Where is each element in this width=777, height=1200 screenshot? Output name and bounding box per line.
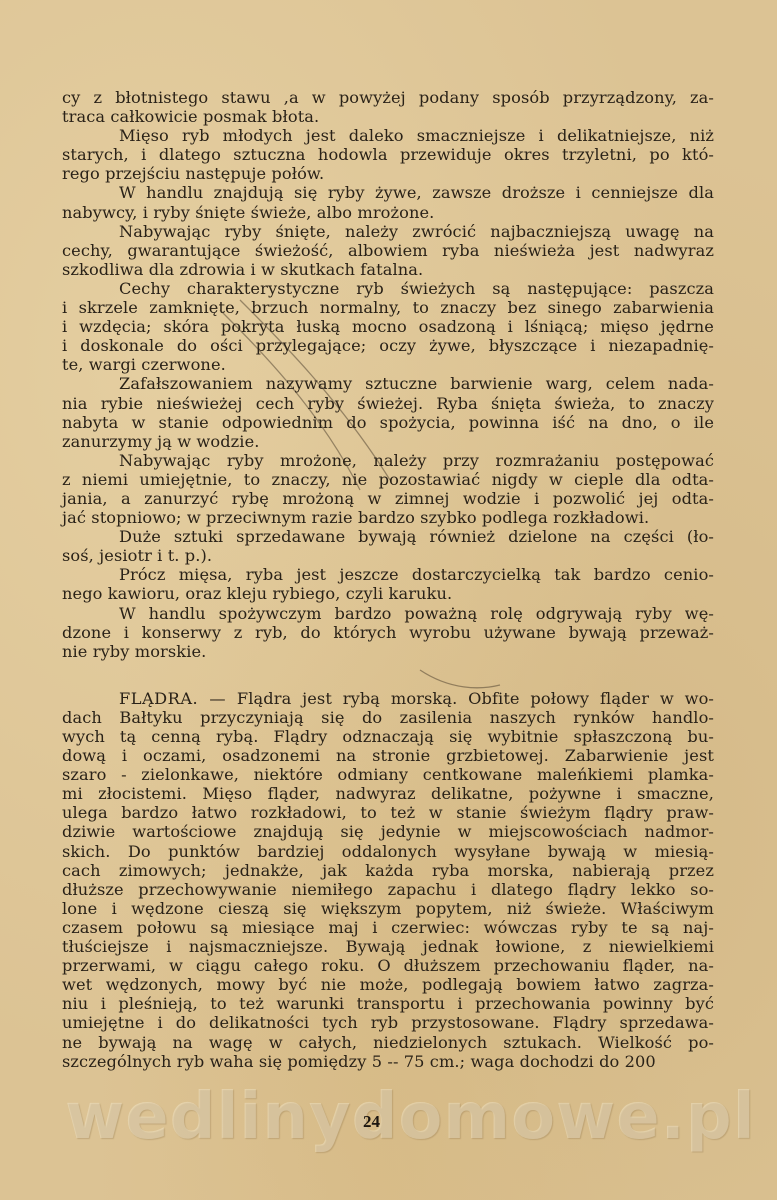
text-line: rego przejściu następuje połów.: [62, 164, 714, 183]
text-line: wet wędzonych, mowy być nie może, podleg…: [62, 975, 714, 994]
text-line: lone i wędzone cieszą się większym popyt…: [62, 899, 714, 918]
text-line: i wzdęcia; skóra pokryta łuską mocno osa…: [62, 317, 714, 336]
text-line: dzone i konserwy z ryb, do których wyrob…: [62, 623, 714, 642]
text-line: i skrzele zamknięte, brzuch normalny, to…: [62, 298, 714, 317]
text-line: niu i pleśnieją, to też warunki transpor…: [62, 994, 714, 1013]
text-line: starych, i dlatego sztuczna hodowla prze…: [62, 145, 714, 164]
text-line: cach zimowych; jednakże, jak każda ryba …: [62, 861, 714, 880]
page-number: 24: [363, 1112, 380, 1132]
text-line: tłuściejsze i najsmaczniejsze. Bywają je…: [62, 937, 714, 956]
text-line: dach Bałtyku przyczyniają się do zasilen…: [62, 708, 714, 727]
text-line: jania, a zanurzyć rybę mrożoną w zimnej …: [62, 489, 714, 508]
text-line: szkodliwa dla zdrowia i w skutkach fatal…: [62, 260, 714, 279]
paragraph: cy z błotnistego stawu ,a w powyżej poda…: [62, 88, 714, 126]
text-line: te, wargi czerwone.: [62, 355, 714, 374]
text-line: nie ryby morskie.: [62, 642, 714, 661]
text-line: W handlu spożywczym bardzo poważną rolę …: [62, 604, 714, 623]
text-line: czasem połowu są miesiące maj i czerwiec…: [62, 918, 714, 937]
text-line: nabyta w stanie odpowiednim do spożycia,…: [62, 413, 714, 432]
text-line: FLĄDRA. — Flądra jest rybą morską. Obfit…: [62, 689, 714, 708]
text-line: dłuższe przechowywanie niemiłego zapachu…: [62, 880, 714, 899]
text-line: cy z błotnistego stawu ,a w powyżej poda…: [62, 88, 714, 107]
text-line: mi złocistemi. Mięso fląder, nadwyraz de…: [62, 784, 714, 803]
paragraph: Nabywając ryby śnięte, należy zwrócić na…: [62, 222, 714, 279]
paragraph: Mięso ryb młodych jest daleko smaczniejs…: [62, 126, 714, 183]
section-heading: FLĄDRA. —: [119, 689, 226, 708]
section-flader: FLĄDRA. — Flądra jest rybą morską. Obfit…: [62, 689, 714, 1071]
text-line: zanurzymy ją w wodzie.: [62, 432, 714, 451]
text-line: nia rybie nieświeżej cech ryby świeżej. …: [62, 394, 714, 413]
text-line: Nabywając ryby śnięte, należy zwrócić na…: [62, 222, 714, 241]
text-line: szczególnych ryb waha się pomiędzy 5 -- …: [62, 1052, 714, 1071]
text-line: W handlu znajdują się ryby żywe, zawsze …: [62, 183, 714, 202]
paragraph: Cechy charakterystyczne ryb świeżych są …: [62, 279, 714, 374]
text-line: dową i oczami, osadzonemi na stronie grz…: [62, 746, 714, 765]
paragraph: Nabywając ryby mrożone, należy przy rozm…: [62, 451, 714, 527]
text-line: i doskonale do ości przylegające; oczy ż…: [62, 336, 714, 355]
text-line: Mięso ryb młodych jest daleko smaczniejs…: [62, 126, 714, 145]
paragraph: Zafałszowaniem nazywamy sztuczne barwien…: [62, 374, 714, 450]
text-line: dziwie wartościowe znajdują się jedynie …: [62, 822, 714, 841]
text-line: Duże sztuki sprzedawane bywają również d…: [62, 527, 714, 546]
paragraph: Duże sztuki sprzedawane bywają również d…: [62, 527, 714, 565]
paragraph: Prócz mięsa, ryba jest jeszcze dostarczy…: [62, 565, 714, 603]
text-line: umiejętne i do delikatności tych ryb prz…: [62, 1013, 714, 1032]
text-line: soś, jesiotr i t. p.).: [62, 546, 714, 565]
text-line: nabywcy, i ryby śnięte świeże, albo mroż…: [62, 203, 714, 222]
text-line: Cechy charakterystyczne ryb świeżych są …: [62, 279, 714, 298]
text-line: Zafałszowaniem nazywamy sztuczne barwien…: [62, 374, 714, 393]
paragraph: W handlu spożywczym bardzo poważną rolę …: [62, 604, 714, 661]
text-line: cechy, gwarantujące świeżość, albowiem r…: [62, 241, 714, 260]
watermark: wedlinydomowe.pl: [65, 1080, 745, 1154]
text-line: traca całkowicie posmak błota.: [62, 107, 714, 126]
section-text: Flądra jest rybą morską. Obfite połowy f…: [237, 689, 714, 708]
text-line: Prócz mięsa, ryba jest jeszcze dostarczy…: [62, 565, 714, 584]
paragraph: W handlu znajdują się ryby żywe, zawsze …: [62, 183, 714, 221]
text-line: ulega bardzo łatwo rozkładowi, to też w …: [62, 803, 714, 822]
text-line: nego kawioru, oraz kleju rybiego, czyli …: [62, 584, 714, 603]
text-line: Nabywając ryby mrożone, należy przy rozm…: [62, 451, 714, 470]
text-line: z niemi umiejętnie, to znaczy, nie pozos…: [62, 470, 714, 489]
text-line: jać stopniowo; w przeciwnym razie bardzo…: [62, 508, 714, 527]
text-line: wych tą cenną rybą. Flądry odznaczają si…: [62, 727, 714, 746]
text-line: skich. Do punktów bardziej oddalonych wy…: [62, 842, 714, 861]
text-line: ne bywają na wagę w całych, niedzielonyc…: [62, 1033, 714, 1052]
text-line: przerwami, w ciągu całego roku. O dłuższ…: [62, 956, 714, 975]
document-page: cy z błotnistego stawu ,a w powyżej poda…: [62, 88, 714, 1071]
text-line: szaro - zielonkawe, niektóre odmiany cen…: [62, 765, 714, 784]
